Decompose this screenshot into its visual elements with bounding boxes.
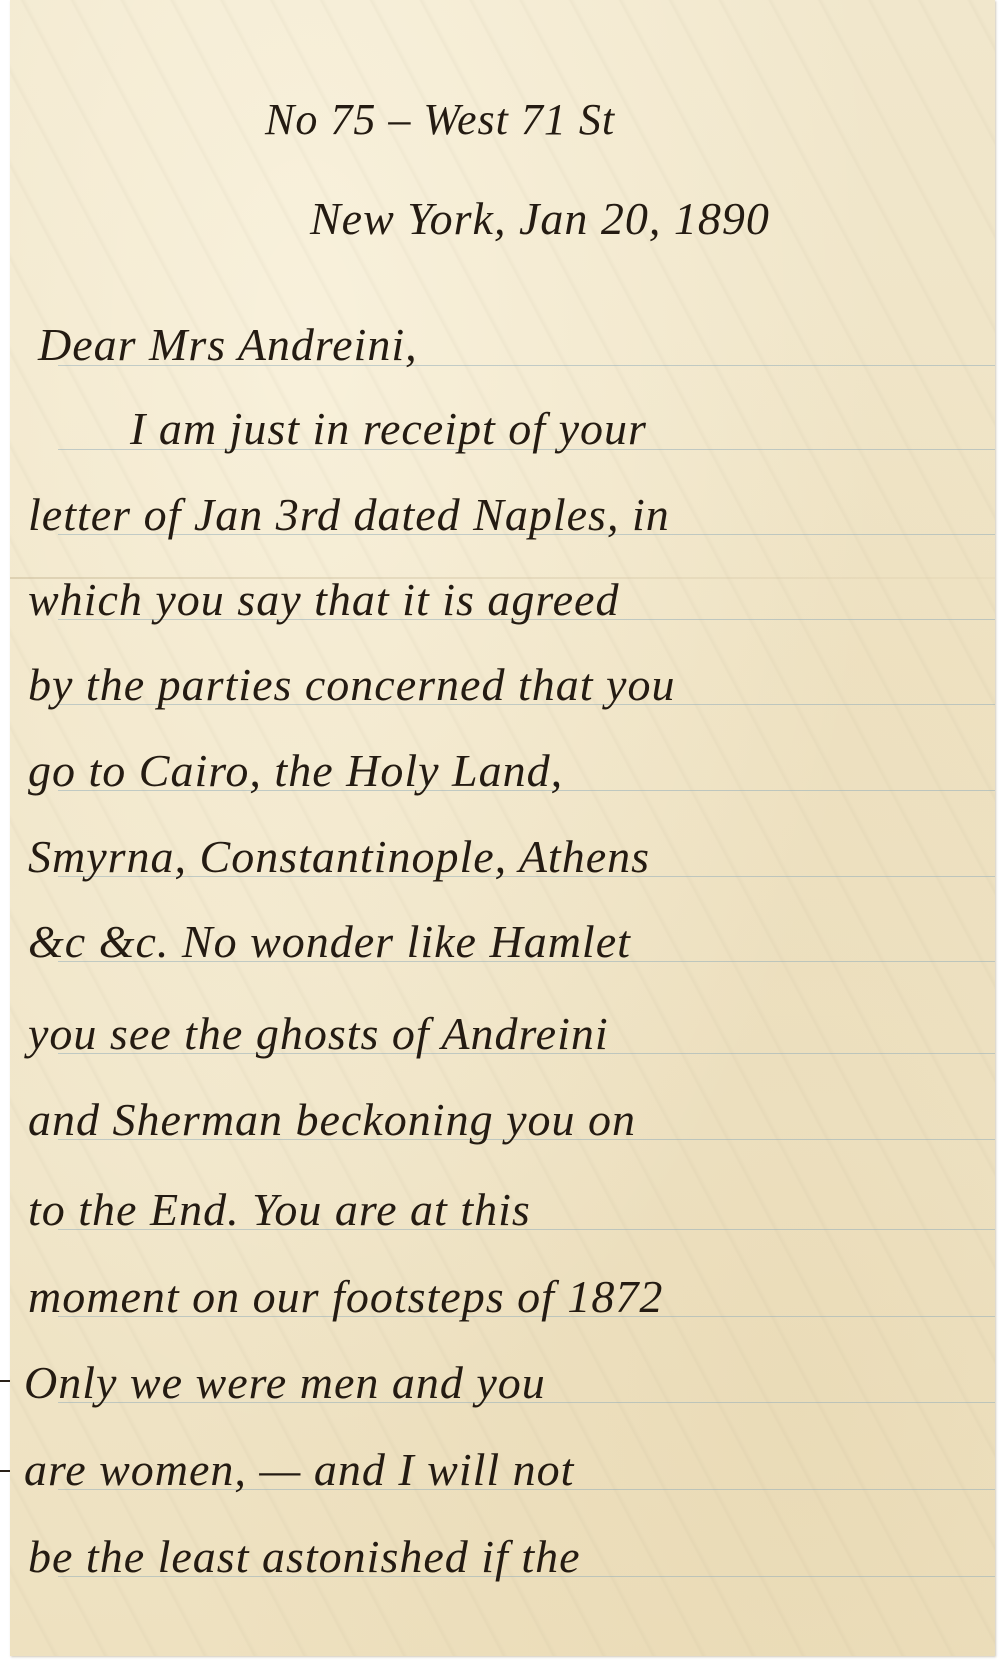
- letter-body-line: to the End. You are at this: [28, 1187, 531, 1233]
- letter-body-line: go to Cairo, the Holy Land,: [28, 748, 563, 794]
- letter-body-line: by the parties concerned that you: [28, 662, 675, 708]
- letter-body-line: I am just in receipt of your: [130, 406, 647, 452]
- letter-body-line: be the least astonished if the: [28, 1534, 581, 1580]
- letter-body-line: moment on our footsteps of 1872: [28, 1274, 663, 1320]
- letter-body-line: Smyrna, Constantinople, Athens: [28, 834, 650, 880]
- letter-body-line: and Sherman beckoning you on: [28, 1097, 636, 1143]
- letter-body-line: letter of Jan 3rd dated Naples, in: [28, 492, 670, 538]
- letter-body-line: which you say that it is agreed: [28, 577, 619, 623]
- letter-dateline: New York, Jan 20, 1890: [310, 196, 770, 242]
- letter-body-line: you see the ghosts of Andreini: [28, 1011, 609, 1057]
- letter-address: No 75 – West 71 St: [265, 98, 615, 142]
- letter-page: No 75 – West 71 St New York, Jan 20, 189…: [10, 0, 995, 1656]
- letter-body-line: Only we were men and you: [24, 1360, 546, 1406]
- margin-ink-mark: [0, 1380, 10, 1382]
- letter-salutation: Dear Mrs Andreini,: [38, 322, 418, 368]
- letter-body-line: are women, — and I will not: [24, 1447, 574, 1493]
- margin-ink-mark: [0, 1470, 10, 1472]
- letter-body-line: &c &c. No wonder like Hamlet: [28, 919, 631, 965]
